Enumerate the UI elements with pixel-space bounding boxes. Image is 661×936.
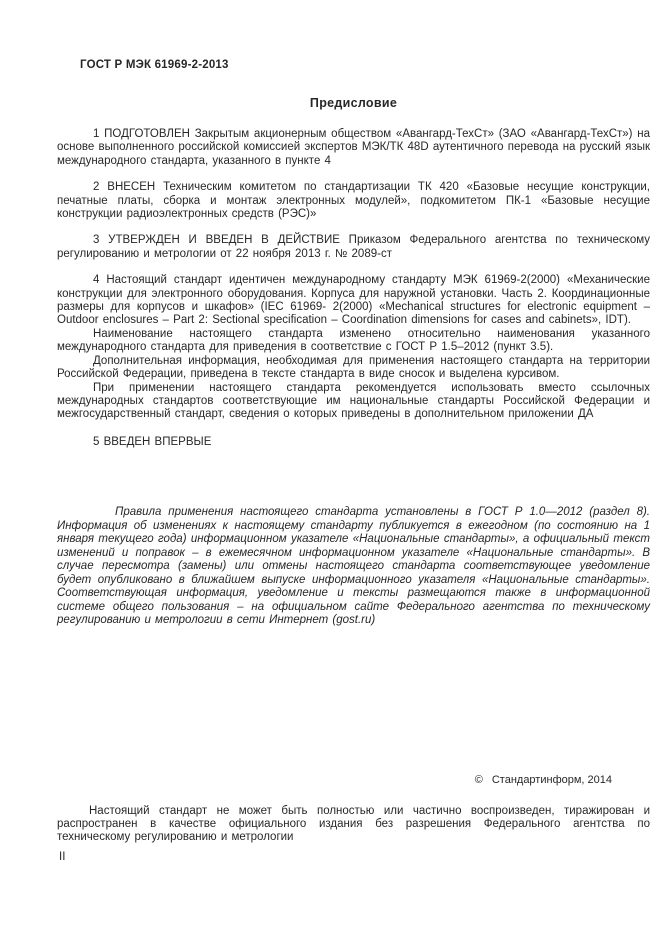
page-number: II [59, 851, 65, 863]
foreword-item-5-first-introduced: 5 ВВЕДЕН ВПЕРВЫЕ [57, 436, 650, 449]
foreword-note-additional-info: Дополнительная информация, необходимая д… [57, 355, 650, 382]
foreword-item-3-approved: 3 УТВЕРЖДЕН И ВВЕДЕН В ДЕЙСТВИЕ Приказом… [57, 234, 650, 261]
copyright-symbol: © [475, 774, 483, 786]
application-rules-note: Правила применения настоящего стандарта … [57, 506, 650, 628]
reproduction-restriction-note: Настоящий стандарт не может быть полност… [57, 805, 650, 845]
foreword-item-4-identical: 4 Настоящий стандарт идентичен междунаро… [57, 274, 650, 328]
document-page: ГОСТ Р МЭК 61969-2-2013 Предисловие 1 ПО… [0, 0, 661, 936]
foreword-note-referenced-standards: При применении настоящего стандарта реко… [57, 382, 650, 422]
copyright-line: ©Стандартинформ, 2014 [475, 774, 612, 786]
standard-designation: ГОСТ Р МЭК 61969-2-2013 [80, 59, 229, 71]
foreword-item-2-submitted: 2 ВНЕСЕН Техническим комитетом по станда… [57, 181, 650, 221]
foreword-note-title-change: Наименование настоящего стандарта измене… [57, 328, 650, 355]
page-title: Предисловие [57, 96, 650, 110]
foreword-item-1-prepared: 1 ПОДГОТОВЛЕН Закрытым акционерным общес… [57, 128, 650, 168]
copyright-text: Стандартинформ, 2014 [492, 774, 612, 786]
foreword-section: 1 ПОДГОТОВЛЕН Закрытым акционерным общес… [57, 128, 650, 449]
